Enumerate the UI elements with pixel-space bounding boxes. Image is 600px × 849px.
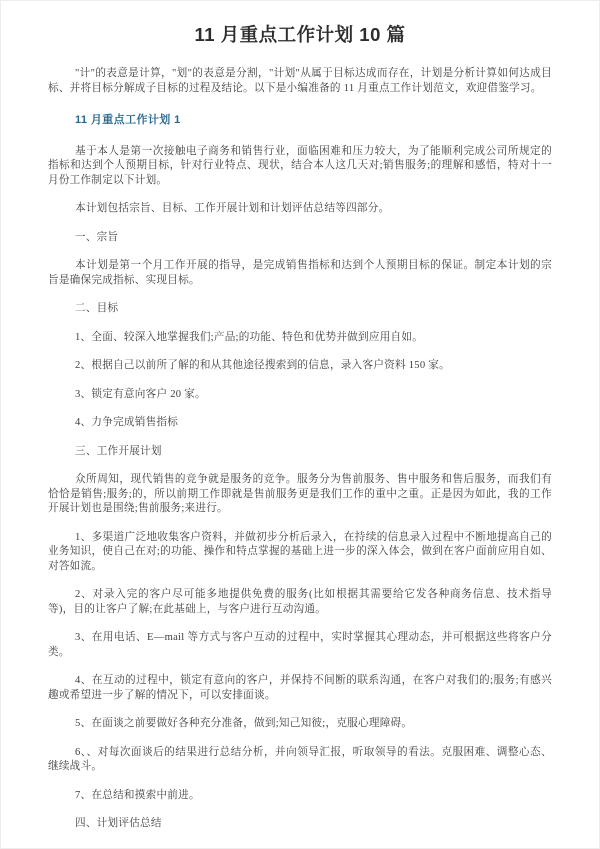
paragraph: 二、目标: [48, 302, 552, 317]
paragraph: 5、在面谈之前要做好各种充分准备，做到;知己知彼;，克服心理障碍。: [48, 717, 552, 732]
paragraph: 2、对录入完的客户尽可能多地提供免费的服务(比如根据其需要给它发各种商务信息、技…: [48, 588, 552, 617]
paragraph: 一、宗旨: [48, 231, 552, 246]
paragraph: 三、工作开展计划: [48, 445, 552, 460]
paragraph: 本计划包括宗旨、目标、工作开展计划和计划评估总结等四部分。: [48, 202, 552, 217]
paragraph: 2、根据自己以前所了解的和从其他途径搜索到的信息，录入客户资料 150 家。: [48, 359, 552, 374]
paragraph: 6、、对每次面谈后的结果进行总结分析，并向领导汇报，听取领导的看法。克服困难、调…: [48, 746, 552, 775]
paragraph: 1、多渠道广泛地收集客户资料，并做初步分析后录入，在持续的信息录入过程中不断地提…: [48, 531, 552, 575]
document-page: 11 月重点工作计划 10 篇 "计"的表意是计算，"划"的表意是分割，"计划"…: [0, 0, 600, 849]
document-title: 11 月重点工作计划 10 篇: [48, 21, 552, 47]
paragraph: 3、锁定有意向客户 20 家。: [48, 388, 552, 403]
paragraph: 四、计划评估总结: [48, 817, 552, 832]
paragraph: 1、全面、较深入地掌握我们;产品;的功能、特色和优势并做到应用自如。: [48, 331, 552, 346]
paragraph: 众所周知，现代销售的竞争就是服务的竞争。服务分为售前服务、售中服务和售后服务，而…: [48, 473, 552, 517]
section-heading: 11 月重点工作计划 1: [48, 113, 552, 128]
paragraph: 3、在用电话、E—mail 等方式与客户互动的过程中，实时掌握其心理动态，并可根…: [48, 631, 552, 660]
paragraph: 本计划是第一个月工作开展的指导，是完成销售指标和达到个人预期目标的保证。制定本计…: [48, 259, 552, 288]
intro-paragraph: "计"的表意是计算，"划"的表意是分割，"计划"从属于目标达成而存在，计划是分析…: [48, 67, 552, 96]
paragraph: 7、在总结和摸索中前进。: [48, 789, 552, 804]
paragraph: 基于本人是第一次接触电子商务和销售行业，面临困难和压力较大，为了能顺利完成公司所…: [48, 145, 552, 189]
paragraph: 4、力争完成销售指标: [48, 416, 552, 431]
paragraph: 4、在互动的过程中，锁定有意向的客户，并保持不间断的联系沟通，在客户对我们的;服…: [48, 674, 552, 703]
